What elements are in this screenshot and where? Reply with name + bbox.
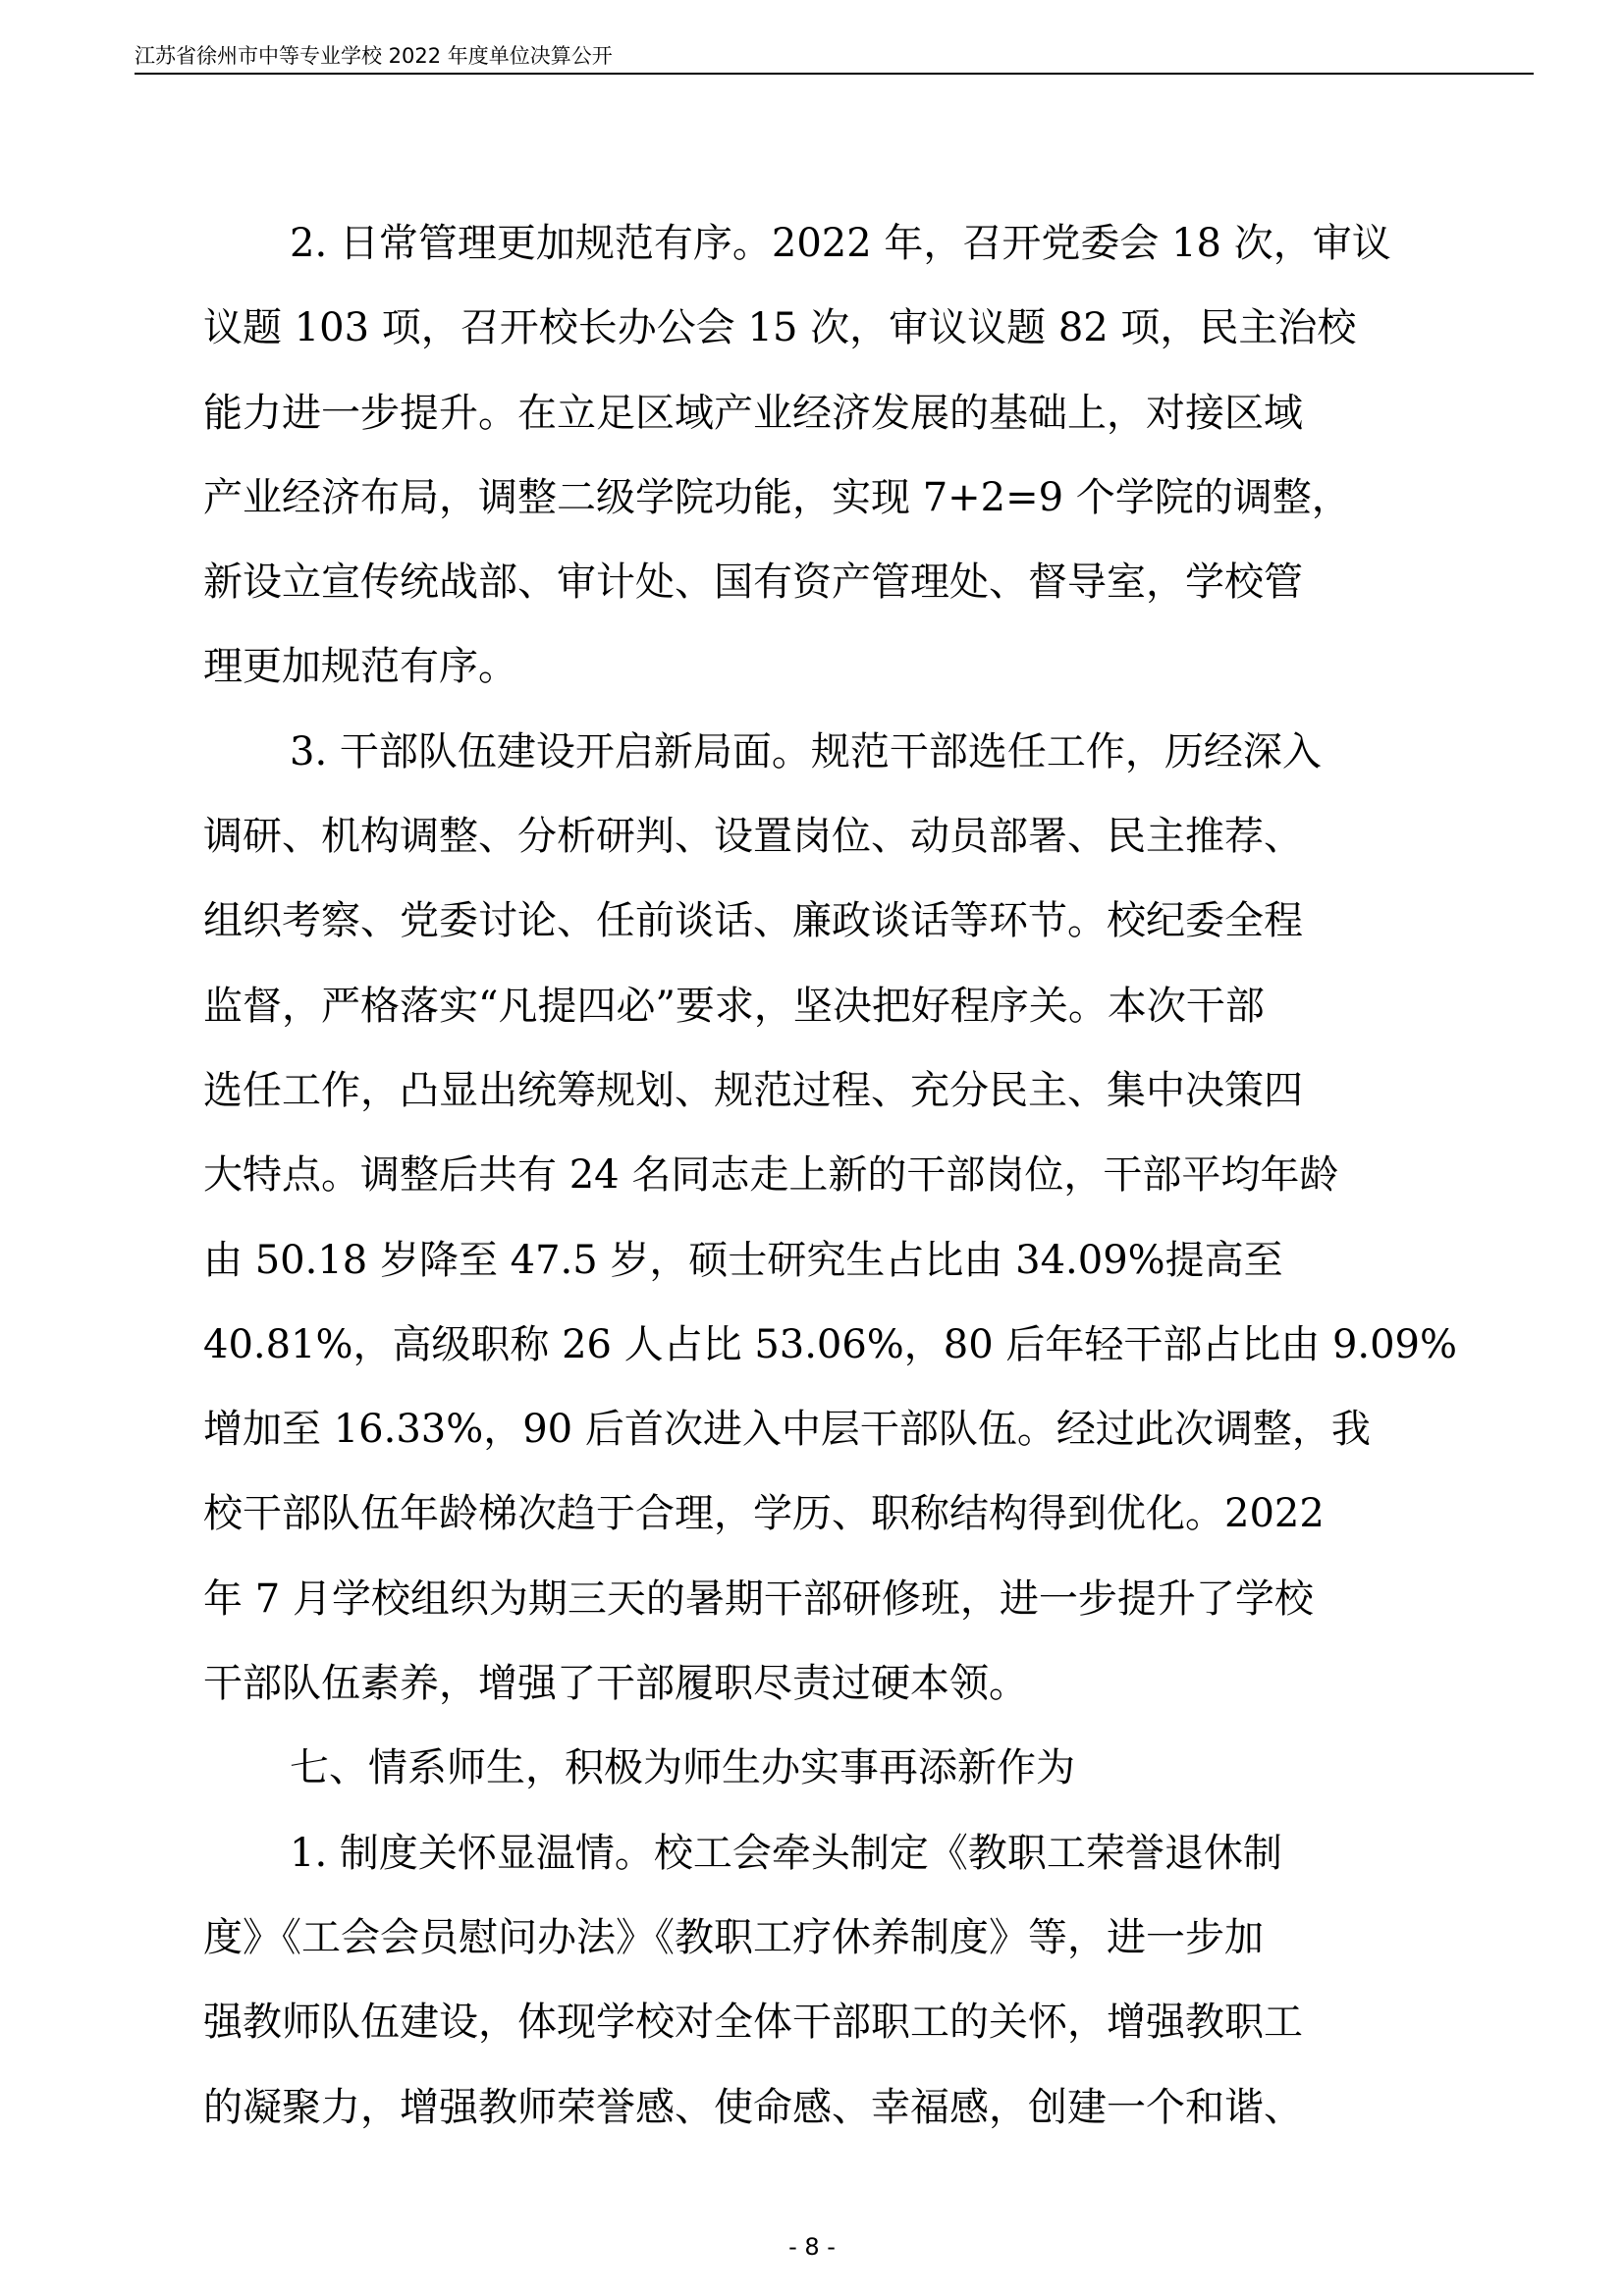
text-line: 组织考察、党委讨论、任前谈话、廉政谈话等环节。校纪委全程 (203, 891, 1457, 976)
text-line: 1. 制度关怀显温情。校工会牵头制定《教职工荣誉退休制 (203, 1824, 1457, 1908)
text-line: 年 7 月学校组织为期三天的暑期干部研修班，进一步提升了学校 (203, 1570, 1457, 1654)
document-body: 2. 日常管理更加规范有序。2022 年，召开党委会 18 次，审议 议题 10… (203, 214, 1457, 2163)
text-line: 40.81%，高级职称 26 人占比 53.06%，80 后年轻干部占比由 9.… (203, 1315, 1457, 1400)
text-line: 大特点。调整后共有 24 名同志走上新的干部岗位，干部平均年龄 (203, 1146, 1457, 1230)
section-heading-7: 七、情系师生，积极为师生办实事再添新作为 (203, 1738, 1457, 1823)
text-line: 理更加规范有序。 (203, 637, 1457, 721)
running-header-title: 江苏省徐州市中等专业学校 2022 年度单位决算公开 (135, 43, 613, 69)
text-line: 3. 干部队伍建设开启新局面。规范干部选任工作，历经深入 (203, 722, 1457, 807)
text-line: 议题 103 项，召开校长办公会 15 次，审议议题 82 项，民主治校 (203, 298, 1457, 383)
text-line: 新设立宣传统战部、审计处、国有资产管理处、督导室，学校管 (203, 553, 1457, 637)
paragraph-system-care: 1. 制度关怀显温情。校工会牵头制定《教职工荣誉退休制 度》《工会会员慰问办法》… (203, 1824, 1457, 2163)
header-divider (135, 73, 1534, 75)
text-line: 监督，严格落实“凡提四必”要求，坚决把好程序关。本次干部 (203, 977, 1457, 1061)
text-line: 选任工作，凸显出统筹规划、规范过程、充分民主、集中决策四 (203, 1061, 1457, 1146)
text-line: 增加至 16.33%，90 后首次进入中层干部队伍。经过此次调整，我 (203, 1400, 1457, 1484)
paragraph-cadre-team: 3. 干部队伍建设开启新局面。规范干部选任工作，历经深入 调研、机构调整、分析研… (203, 722, 1457, 1739)
text-line: 调研、机构调整、分析研判、设置岗位、动员部署、民主推荐、 (203, 807, 1457, 891)
text-line: 2. 日常管理更加规范有序。2022 年，召开党委会 18 次，审议 (203, 214, 1457, 298)
text-line: 度》《工会会员慰问办法》《教职工疗休养制度》等，进一步加 (203, 1908, 1457, 1993)
text-line: 由 50.18 岁降至 47.5 岁，硕士研究生占比由 34.09%提高至 (203, 1231, 1457, 1315)
text-line: 产业经济布局，调整二级学院功能，实现 7+2=9 个学院的调整， (203, 468, 1457, 553)
text-line: 强教师队伍建设，体现学校对全体干部职工的关怀，增强教职工 (203, 1993, 1457, 2077)
section-heading: 七、情系师生，积极为师生办实事再添新作为 (203, 1738, 1457, 1823)
page-number: - 8 - (0, 2232, 1624, 2262)
paragraph-daily-management: 2. 日常管理更加规范有序。2022 年，召开党委会 18 次，审议 议题 10… (203, 214, 1457, 722)
text-line: 干部队伍素养，增强了干部履职尽责过硬本领。 (203, 1654, 1457, 1738)
text-line: 校干部队伍年龄梯次趋于合理，学历、职称结构得到优化。2022 (203, 1484, 1457, 1569)
text-line: 能力进一步提升。在立足区域产业经济发展的基础上，对接区域 (203, 384, 1457, 468)
text-line: 的凝聚力，增强教师荣誉感、使命感、幸福感，创建一个和谐、 (203, 2078, 1457, 2163)
